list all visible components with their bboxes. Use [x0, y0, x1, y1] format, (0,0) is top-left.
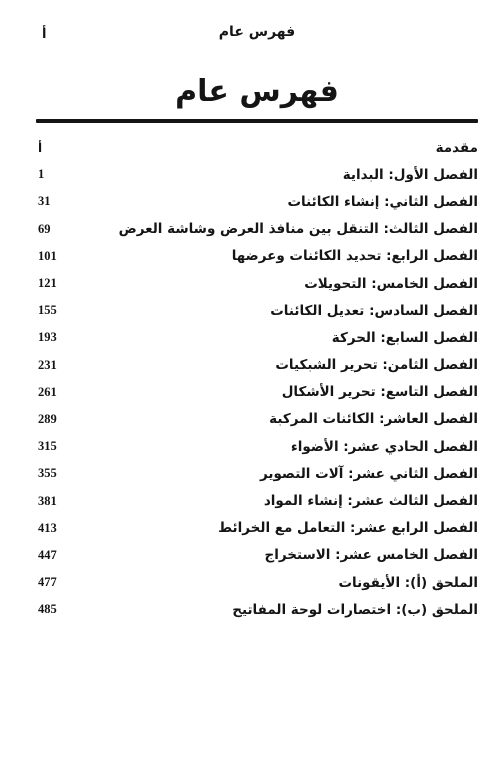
toc-entry-page: 485 — [38, 602, 57, 617]
toc-entry: الفصل الثامن: تحرير الشبكيات 231 — [38, 352, 478, 379]
toc-entry-page: 261 — [38, 385, 57, 400]
toc-entry-title: الفصل التاسع: تحرير الأشكال — [282, 384, 478, 400]
folio-letter: أ — [42, 27, 46, 42]
toc-entry-title: الفصل الثاني: إنشاء الكائنات — [287, 194, 478, 210]
toc-entry-title: الفصل الخامس: التحويلات — [304, 276, 478, 292]
toc-entry: الملحق (أ): الأيقونات 477 — [38, 569, 478, 596]
toc-entry-title: الملحق (ب): اختصارات لوحة المفاتيح — [232, 602, 478, 618]
toc-entry-page: 1 — [38, 167, 44, 182]
toc-entry-title: الفصل السابع: الحركة — [332, 330, 478, 346]
toc-entry: الفصل الخامس عشر: الاستخراج 447 — [38, 542, 478, 569]
toc-entry: الفصل السادس: تعديل الكائنات 155 — [38, 297, 478, 324]
toc-entry: الفصل الثاني: إنشاء الكائنات 31 — [38, 188, 478, 215]
toc-entry-title: الفصل الحادي عشر: الأضواء — [291, 439, 478, 455]
toc-entry-page: 447 — [38, 548, 57, 563]
toc-entry: الفصل الثاني عشر: آلات التصوير 355 — [38, 460, 478, 487]
toc-entry-title: الفصل الرابع عشر: التعامل مع الخرائط — [218, 520, 478, 536]
toc-entry-title: الفصل الخامس عشر: الاستخراج — [264, 547, 478, 563]
toc-entry-title: الفصل الأول: البداية — [343, 167, 478, 183]
toc-entry-title: الفصل السادس: تعديل الكائنات — [270, 303, 478, 319]
toc-entry-page: 231 — [38, 358, 57, 373]
toc-entry-page: 355 — [38, 466, 57, 481]
toc-entry: الفصل السابع: الحركة 193 — [38, 324, 478, 351]
toc-entry: الفصل الخامس: التحويلات 121 — [38, 270, 478, 297]
toc-entry-page: 155 — [38, 303, 57, 318]
toc-entry-title: الفصل الثالث عشر: إنشاء المواد — [264, 493, 478, 509]
toc-entry-page: 193 — [38, 330, 57, 345]
toc-entry-page: 413 — [38, 521, 57, 536]
running-header-title: فهرس عام — [36, 24, 478, 44]
toc-entry: الفصل الثالث: التنقل بين منافذ العرض وشا… — [38, 216, 478, 243]
toc-list: مقدمة أ الفصل الأول: البداية 1 الفصل الث… — [38, 134, 478, 623]
toc-entry-page: 315 — [38, 439, 57, 454]
toc-entry-page: 31 — [38, 194, 51, 209]
toc-entry-page: 289 — [38, 412, 57, 427]
toc-entry-title: الفصل الثامن: تحرير الشبكيات — [275, 357, 478, 373]
toc-entry: الفصل الرابع عشر: التعامل مع الخرائط 413 — [38, 515, 478, 542]
toc-entry-title: مقدمة — [436, 140, 478, 156]
toc-entry-title: الفصل الثالث: التنقل بين منافذ العرض وشا… — [119, 221, 478, 237]
title-divider-rule — [36, 119, 478, 123]
toc-entry: الفصل العاشر: الكائنات المركبة 289 — [38, 406, 478, 433]
toc-entry-page: 477 — [38, 575, 57, 590]
toc-entry-title: الفصل العاشر: الكائنات المركبة — [269, 411, 478, 427]
toc-entry-title: الفصل الثاني عشر: آلات التصوير — [260, 466, 478, 482]
toc-entry: الملحق (ب): اختصارات لوحة المفاتيح 485 — [38, 596, 478, 623]
toc-entry: مقدمة أ — [38, 134, 478, 161]
page-title: فهرس عام — [36, 74, 478, 109]
toc-entry: الفصل الرابع: تحديد الكائنات وعرضها 101 — [38, 243, 478, 270]
toc-entry-page: 69 — [38, 222, 51, 237]
toc-entry: الفصل الثالث عشر: إنشاء المواد 381 — [38, 487, 478, 514]
toc-entry-title: الملحق (أ): الأيقونات — [338, 575, 478, 591]
book-page: فهرس عام أ فهرس عام مقدمة أ الفصل الأول:… — [0, 0, 500, 763]
toc-entry: الفصل الأول: البداية 1 — [38, 161, 478, 188]
toc-entry-page: أ — [38, 141, 42, 155]
toc-entry: الفصل الحادي عشر: الأضواء 315 — [38, 433, 478, 460]
toc-entry-page: 101 — [38, 249, 57, 264]
toc-entry: الفصل التاسع: تحرير الأشكال 261 — [38, 379, 478, 406]
toc-entry-page: 121 — [38, 276, 57, 291]
toc-entry-page: 381 — [38, 494, 57, 509]
toc-entry-title: الفصل الرابع: تحديد الكائنات وعرضها — [232, 248, 478, 264]
